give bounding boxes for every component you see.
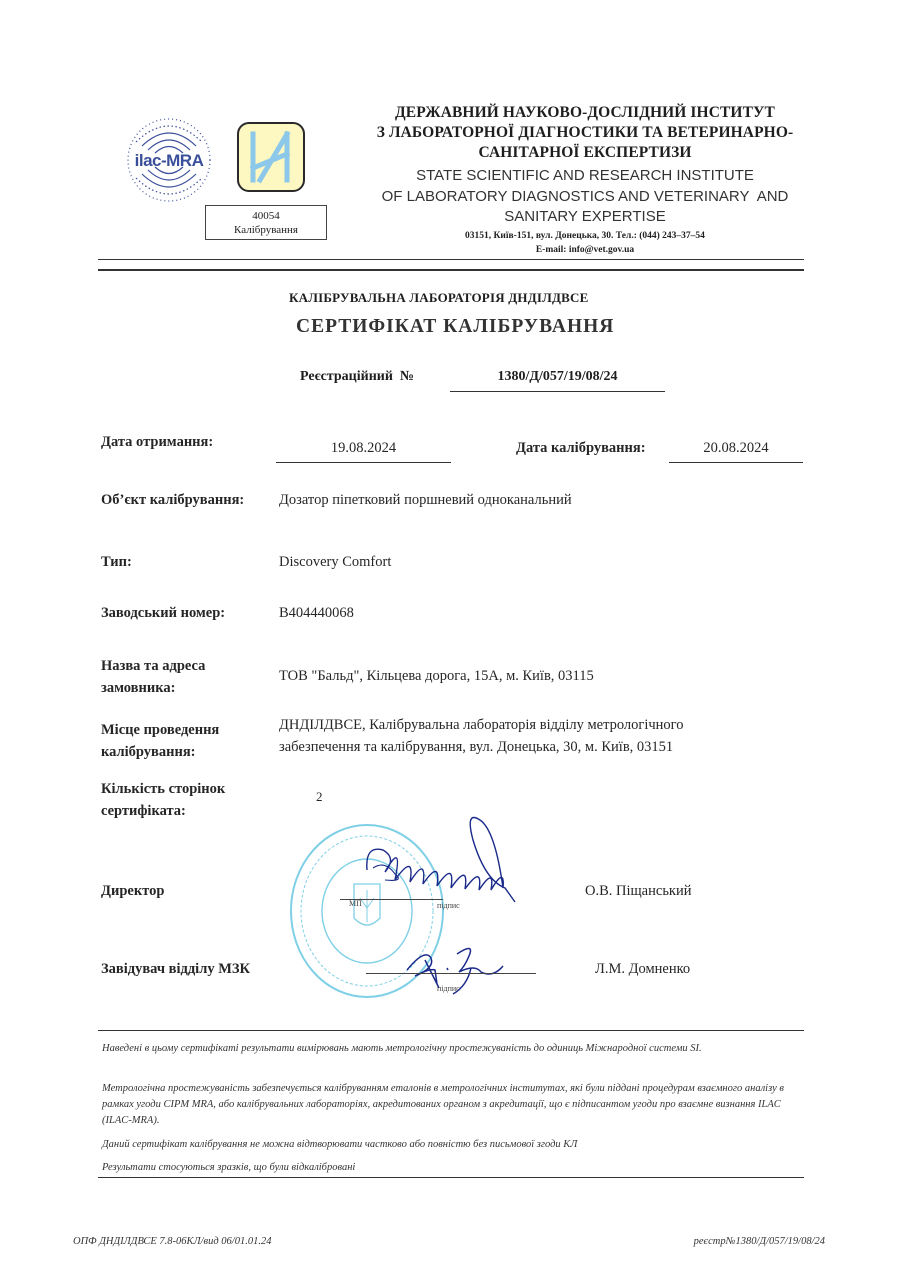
notes-divider-bottom [98,1177,804,1178]
note-traceability-si: Наведені в цьому сертифікаті результати … [102,1041,792,1057]
calibration-place-value: ДНДІЛДВСЕ, Калібрувальна лабораторія від… [279,714,684,758]
note-results-scope: Результати стосуються зразків, що були в… [102,1160,792,1176]
registry-reference: реєстр№1380/Д/057/19/08/24 [694,1236,825,1247]
place-value-line-2: забезпечення та калібрування, вул. Донец… [279,736,684,758]
institute-ua-line-1: ДЕРЖАВНИЙ НАУКОВО-ДОСЛІДНИЙ ІНСТИТУТ [360,103,810,123]
note-traceability-cipm: Метрологічна простежуваність забезпечуєт… [102,1081,792,1129]
customer-label-line-1: Назва та адреса [101,655,205,677]
serial-number-label: Заводський номер: [101,602,225,624]
institute-ua-line-2: З ЛАБОРАТОРНОЇ ДІАГНОСТИКИ ТА ВЕТЕРИНАРН… [360,123,810,143]
customer-value: ТОВ "Бальд", Кільцева дорога, 15А, м. Ки… [279,665,594,687]
institute-address: 03151, Київ-151, вул. Донецька, 30. Тел.… [360,229,810,243]
director-label: Директор [101,880,164,902]
head-signature-line [366,973,536,974]
institute-en-line-1: STATE SCIENTIFIC AND RESEARCH INSTITUTE [360,166,810,187]
director-signature-caption: підпис [437,901,460,910]
place-label-line-2: калібрування: [101,741,219,763]
place-value-line-1: ДНДІЛДВСЕ, Калібрувальна лабораторія від… [279,714,684,736]
ilac-mra-icon: ilac-MRA [126,112,212,208]
customer-label-line-2: замовника: [101,677,205,699]
head-of-department-name: Л.М. Домненко [595,958,690,980]
institute-name-ua: ДЕРЖАВНИЙ НАУКОВО-ДОСЛІДНИЙ ІНСТИТУТ З Л… [360,103,810,163]
received-date-label: Дата отримання: [101,431,213,453]
pages-count-label: Кількість сторінок сертифіката: [101,778,225,822]
institute-contacts: 03151, Київ-151, вул. Донецька, 30. Тел.… [360,229,810,257]
header-divider-thick [98,269,804,271]
head-signature-caption: підпис [437,984,460,993]
registration-number: 1380/Д/057/19/08/24 [450,369,665,392]
place-label-line-1: Місце проведення [101,719,219,741]
header-divider-thin [98,259,804,260]
certificate-title: СЕРТИФІКАТ КАЛІБРУВАННЯ [296,316,614,338]
institute-ua-line-3: САНІТАРНОЇ ЕКСПЕРТИЗИ [360,143,810,163]
accreditation-scope: Калібрування [206,223,326,237]
registration-label: Реєстраційний № [300,369,414,385]
accreditation-number-box: 40054 Калібрування [205,205,327,240]
pages-label-line-2: сертифіката: [101,800,225,822]
pages-count-value: 2 [316,786,323,808]
stamp-mark: МП [349,899,362,908]
nsau-accreditation-icon [239,124,303,190]
type-label: Тип: [101,551,132,573]
ilac-mra-logo: ilac-MRA [126,112,212,208]
note-reproduction: Даний сертифікат калібрування не можна в… [102,1137,792,1153]
institute-email: E-mail: info@vet.gov.ua [360,243,810,257]
calibration-place-label: Місце проведення калібрування: [101,719,219,763]
received-date-value: 19.08.2024 [276,437,451,463]
institute-name-en: STATE SCIENTIFIC AND RESEARCH INSTITUTE … [360,166,810,228]
serial-number-value: B404440068 [279,602,354,624]
notes-divider-top [98,1030,804,1031]
institute-en-line-3: SANITARY EXPERTISE [360,207,810,228]
accreditation-number: 40054 [206,209,326,223]
institute-en-line-2: OF LABORATORY DIAGNOSTICS AND VETERINARY… [360,187,810,208]
director-name: О.В. Піщанський [585,880,692,902]
laboratory-name: КАЛІБРУВАЛЬНА ЛАБОРАТОРІЯ ДНДІЛДВСЕ [289,290,588,306]
object-label: Об’єкт калібрування: [101,489,244,511]
type-value: Discovery Comfort [279,551,391,573]
calibration-date-value: 20.08.2024 [669,437,803,463]
calibration-date-label: Дата калібрування: [516,437,646,459]
pages-label-line-1: Кількість сторінок [101,778,225,800]
svg-text:ilac-MRA: ilac-MRA [135,151,204,170]
head-of-department-label: Завідувач відділу МЗК [101,958,250,980]
form-code: ОПФ ДНДІЛДВСЕ 7.8-06КЛ/вид 06/01.01.24 [73,1236,271,1247]
customer-label: Назва та адреса замовника: [101,655,205,699]
object-value: Дозатор піпетковий поршневий одноканальн… [279,489,572,511]
national-accreditation-logo [237,122,305,192]
